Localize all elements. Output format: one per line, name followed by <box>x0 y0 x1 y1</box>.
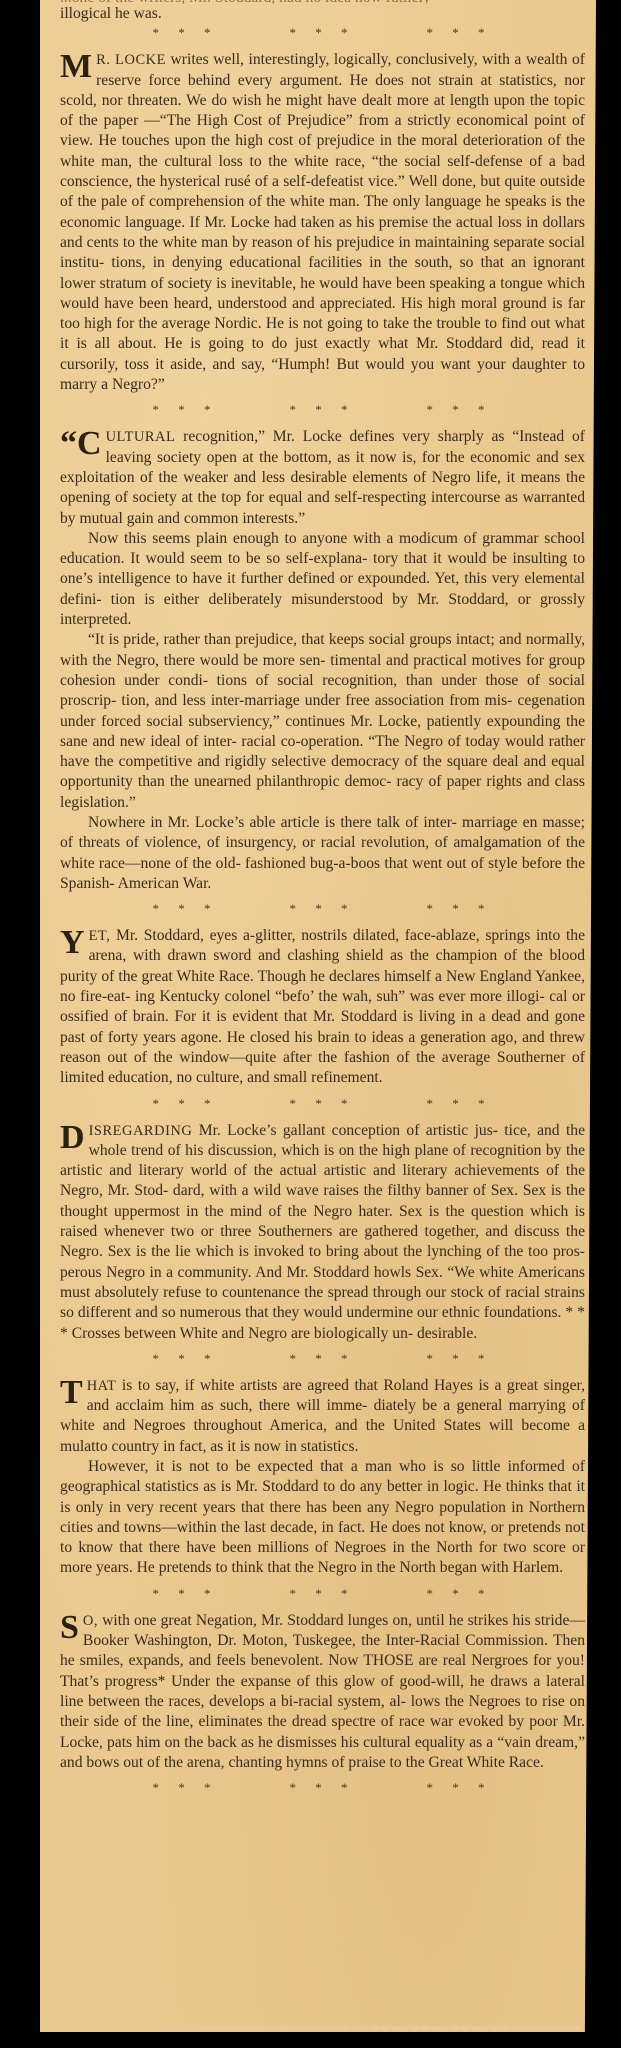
section-lead-paragraph: SO, with one great Negation, Mr. Stoddar… <box>60 1611 585 1773</box>
lead-in-caps: ISREGARDING <box>89 1123 193 1139</box>
paragraph-text: is to say, if white artists are agreed t… <box>60 1377 585 1455</box>
paragraph-text: Mr. Stoddard, eyes a-glitter, nostrils d… <box>60 927 585 1086</box>
article-section: DISREGARDING Mr. Locke’s gallant concept… <box>60 1121 585 1344</box>
section-separator: * * ** * ** * * <box>153 1097 493 1111</box>
drop-cap: T <box>60 1378 83 1408</box>
lead-in-caps: ULTURAL <box>106 429 176 445</box>
drop-cap: D <box>60 1123 85 1153</box>
drop-cap: Y <box>60 928 85 958</box>
section-lead-paragraph: THAT is to say, if white artists are agr… <box>60 1376 585 1457</box>
article-section: MR. LOCKE writes well, interestingly, lo… <box>60 50 585 395</box>
drop-cap: S <box>60 1613 79 1643</box>
paragraph: “It is pride, rather than prejudice, tha… <box>60 630 585 813</box>
section-separator: * * ** * ** * * <box>153 26 493 40</box>
article-section: “CULTURAL recognition,” Mr. Locke define… <box>60 427 585 894</box>
section-separator: * * ** * ** * * <box>153 902 493 916</box>
drop-cap: “C <box>60 429 102 459</box>
cut-off-line: ...one of the writers, Mr. Stoddard, had… <box>60 0 585 4</box>
serrated-edge <box>40 2026 580 2034</box>
section-lead-paragraph: “CULTURAL recognition,” Mr. Locke define… <box>60 427 585 528</box>
article-section: THAT is to say, if white artists are agr… <box>60 1376 585 1579</box>
paragraph: Nowhere in Mr. Locke’s able article is t… <box>60 813 585 894</box>
section-separator: * * ** * ** * * <box>153 1352 493 1366</box>
drop-cap: M <box>60 52 92 82</box>
paragraph-text: writes well, interestingly, logically, c… <box>60 51 585 393</box>
section-separator: * * ** * ** * * <box>153 403 493 417</box>
paragraph: However, it is not to be expected that a… <box>60 1457 585 1579</box>
article-section: SO, with one great Negation, Mr. Stoddar… <box>60 1611 585 1773</box>
section-separator: * * ** * ** * * <box>153 1781 493 1795</box>
article-body: ...one of the writers, Mr. Stoddard, had… <box>60 0 585 1805</box>
paragraph-text: with one great Negation, Mr. Stoddard lu… <box>60 1612 585 1771</box>
lead-in-caps: R. LOCKE <box>96 52 166 68</box>
lead-in-caps: O, <box>83 1613 98 1629</box>
paragraph-text: Mr. Locke’s gallant conception of artist… <box>60 1122 585 1342</box>
article-sections: MR. LOCKE writes well, interestingly, lo… <box>60 50 585 1795</box>
article-section: YET, Mr. Stoddard, eyes a-glitter, nostr… <box>60 926 585 1088</box>
section-lead-paragraph: YET, Mr. Stoddard, eyes a-glitter, nostr… <box>60 926 585 1088</box>
lead-in-caps: HAT <box>87 1378 117 1394</box>
opening-line: illogical he was. <box>60 4 585 24</box>
paragraph: Now this seems plain enough to anyone wi… <box>60 529 585 630</box>
section-separator: * * ** * ** * * <box>153 1587 493 1601</box>
section-lead-paragraph: DISREGARDING Mr. Locke’s gallant concept… <box>60 1121 585 1344</box>
section-lead-paragraph: MR. LOCKE writes well, interestingly, lo… <box>60 50 585 395</box>
lead-in-caps: ET, <box>89 928 111 944</box>
